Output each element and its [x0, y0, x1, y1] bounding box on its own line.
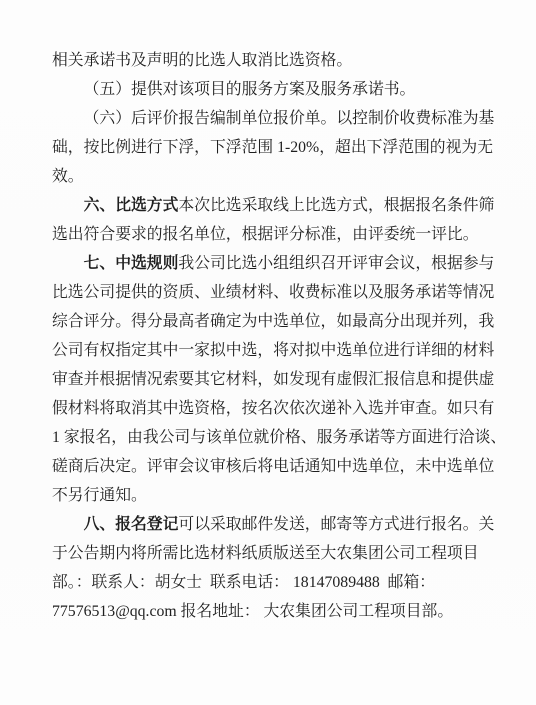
text-run: 础，按比例进行下浮，下浮范围 1-20%，超出下浮范围的视为无	[52, 139, 493, 156]
text-run: 选出符合要求的报名单位，根据评分标准，由评委统一评比。	[52, 226, 479, 243]
text-line: 假材料将取消其中选资格，按名次依次递补入选并审查。如只有	[52, 394, 496, 423]
text-line: 公司有权指定其中一家拟中选，将对拟中选单位进行详细的材料	[52, 336, 496, 365]
text-line: 六、比选方式本次比选采取线上比选方式，根据报名条件筛	[52, 191, 496, 220]
text-run: 我公司比选小组组织召开评审会议，根据参与	[178, 255, 494, 272]
text-run: 77576513@qq.com 报名地址： 大农集团公司工程项目部。	[52, 603, 453, 620]
text-run: 部。：联系人：胡女士 联系电话： 18147089488 邮箱：	[52, 574, 435, 591]
text-line: 效。	[52, 162, 496, 191]
text-run: 相关承诺书及声明的比选人取消比选资格。	[52, 52, 352, 69]
text-line: （五）提供对该项目的服务方案及服务承诺书。	[52, 75, 496, 104]
text-line: 综合评分。得分最高者确定为中选单位，如最高分出现并列，我	[52, 307, 496, 336]
text-line: 八、报名登记可以采取邮件发送，邮寄等方式进行报名。关	[52, 510, 496, 539]
document-page: 相关承诺书及声明的比选人取消比选资格。（五）提供对该项目的服务方案及服务承诺书。…	[0, 0, 536, 705]
document-text-block: 相关承诺书及声明的比选人取消比选资格。（五）提供对该项目的服务方案及服务承诺书。…	[52, 46, 496, 626]
text-run: 可以采取邮件发送，邮寄等方式进行报名。关	[178, 516, 494, 533]
text-line: 部。：联系人：胡女士 联系电话： 18147089488 邮箱：	[52, 568, 496, 597]
text-run: 综合评分。得分最高者确定为中选单位，如最高分出现并列，我	[52, 313, 494, 330]
text-run: 于公告期内将所需比选材料纸质版送至大农集团公司工程项目	[52, 545, 479, 562]
text-line: 1 家报名，由我公司与该单位就价格、服务承诺等方面进行洽谈、	[52, 423, 496, 452]
text-run: 1 家报名，由我公司与该单位就价格、服务承诺等方面进行洽谈、	[52, 429, 506, 446]
text-line: 77576513@qq.com 报名地址： 大农集团公司工程项目部。	[52, 597, 496, 626]
section-heading: 八、报名登记	[84, 516, 179, 533]
text-line: 础，按比例进行下浮，下浮范围 1-20%，超出下浮范围的视为无	[52, 133, 496, 162]
text-line: 七、中选规则我公司比选小组组织召开评审会议，根据参与	[52, 249, 496, 278]
text-line: （六）后评价报告编制单位报价单。以控制价收费标准为基	[52, 104, 496, 133]
text-line: 于公告期内将所需比选材料纸质版送至大农集团公司工程项目	[52, 539, 496, 568]
text-line: 比选公司提供的资质、业绩材料、收费标准以及服务承诺等情况	[52, 278, 496, 307]
text-line: 选出符合要求的报名单位，根据评分标准，由评委统一评比。	[52, 220, 496, 249]
text-line: 不另行通知。	[52, 481, 496, 510]
text-line: 相关承诺书及声明的比选人取消比选资格。	[52, 46, 496, 75]
text-run: （六）后评价报告编制单位报价单。以控制价收费标准为基	[84, 110, 495, 127]
text-run: 比选公司提供的资质、业绩材料、收费标准以及服务承诺等情况	[52, 284, 494, 301]
text-run: 不另行通知。	[52, 487, 147, 504]
section-heading: 七、中选规则	[84, 255, 179, 272]
text-run: 磋商后决定。评审会议审核后将电话通知中选单位，未中选单位	[52, 458, 494, 475]
text-run: 公司有权指定其中一家拟中选，将对拟中选单位进行详细的材料	[52, 342, 494, 359]
text-run: 审查并根据情况索要其它材料，如发现有虚假汇报信息和提供虚	[52, 371, 494, 388]
text-line: 磋商后决定。评审会议审核后将电话通知中选单位，未中选单位	[52, 452, 496, 481]
text-run: 本次比选采取线上比选方式，根据报名条件筛	[178, 197, 494, 214]
text-line: 审查并根据情况索要其它材料，如发现有虚假汇报信息和提供虚	[52, 365, 496, 394]
text-run: 假材料将取消其中选资格，按名次依次递补入选并审查。如只有	[52, 400, 494, 417]
section-heading: 六、比选方式	[84, 197, 179, 214]
text-run: （五）提供对该项目的服务方案及服务承诺书。	[84, 81, 416, 98]
text-run: 效。	[52, 168, 84, 185]
